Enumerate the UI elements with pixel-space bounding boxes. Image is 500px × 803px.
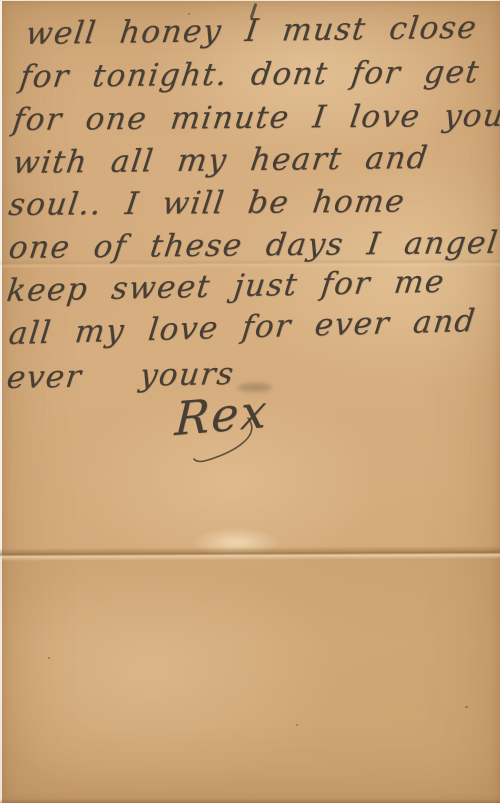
- handwriting-line: one of these days I angel: [7, 225, 500, 266]
- scanned-letter-page: well honey I must close for tonight. don…: [0, 0, 500, 803]
- signature-flourish: [150, 400, 290, 472]
- paper-speck: [48, 657, 50, 659]
- bottom-edge-shadow: [0, 799, 500, 803]
- closing-word-ever: ever: [5, 359, 84, 396]
- paper-speck: [296, 724, 298, 726]
- paper-speck: [465, 706, 468, 708]
- fold-crease-main: [0, 546, 500, 561]
- below-fold-shading: [0, 556, 500, 803]
- handwriting-line: for one minute I love you: [11, 98, 500, 138]
- handwriting-line: with all my heart and: [11, 140, 431, 181]
- handwriting-line: well honey I must close: [24, 10, 480, 52]
- handwriting-line: for tonight. dont for get: [18, 54, 482, 95]
- handwriting-line: soul.. I will be home: [7, 184, 408, 223]
